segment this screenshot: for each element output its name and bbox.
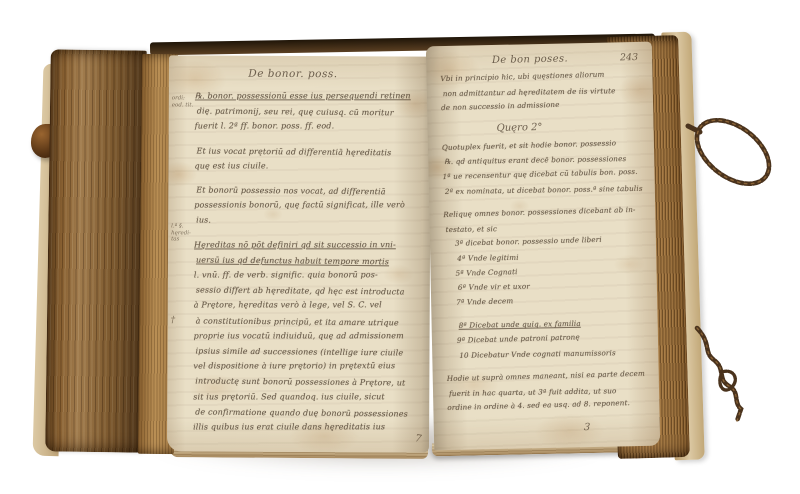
margin-cross: † xyxy=(171,317,195,324)
manuscript-line: à Prętore, hęreditas verò à lege, vel S.… xyxy=(194,298,416,313)
manuscript-line: quę est ius ciuile. xyxy=(194,158,416,173)
right-page-header: De bon poses. xyxy=(440,52,620,67)
manuscript-line: illis quibus ius erat ciuile dans hęredi… xyxy=(193,419,415,434)
catchword: 3 xyxy=(583,422,590,433)
margin-note: ordi: eod. tit. xyxy=(172,95,196,108)
right-page-intro: Vbi in principio hic, ubi quęstiones ali… xyxy=(440,68,643,116)
left-page-header: De bonor. poss. xyxy=(195,67,391,80)
manuscript-line: 2ª ex nominata, ut dicebat bonor. poss.ª… xyxy=(445,181,645,199)
manuscript-line: l. vnū. ff. de verb. signific. quia bono… xyxy=(194,267,416,282)
cord-loop-icon xyxy=(685,107,781,196)
right-page-head-row: De bon poses. 243 xyxy=(440,52,638,67)
manuscript-line: ius. xyxy=(196,213,416,230)
right-page-text: Quotuplex fuerit, et sit hodie bonor. po… xyxy=(442,137,650,416)
left-page: De bonor. poss. ordi: eod. tit. l.ª §. h… xyxy=(167,55,431,452)
quaestio-subheader: Quęro 2° xyxy=(441,121,597,135)
manuscript-line: vel dispositione à iure prętorio) in prę… xyxy=(193,359,415,374)
manuscript-line: sit ius prętoriū. Sed quandoq. ius ciuil… xyxy=(193,389,415,404)
margin-note: l.ª §. hęredi- tas xyxy=(171,223,195,243)
catchword: 7 xyxy=(414,433,422,445)
photograph: De bonor. poss. ordi: eod. tit. l.ª §. h… xyxy=(0,0,800,494)
manuscript-line: proprie ius vocatū indiuiduū, quę ad adm… xyxy=(194,328,416,343)
manuscript-line: ℞. bonor. possessionū esse ius persequen… xyxy=(195,88,417,103)
left-cover-board xyxy=(45,49,147,452)
manuscript-line: possessionis bonorū, quę factū significa… xyxy=(194,197,416,212)
manuscript-line: 10 Dicebatur Vnde cognati manumissoris xyxy=(448,345,648,363)
left-page-text: ℞. bonor. possessionū esse ius persequen… xyxy=(193,88,417,435)
manuscript-line: fuerit l. 2ª ff. bonor. poss. ff. eod. xyxy=(195,119,417,134)
manuscript-line: Hęreditas nō pōt definiri qd sit success… xyxy=(194,237,416,252)
page-number: 243 xyxy=(620,52,638,63)
right-page: De bon poses. 243 Vbi in principio hic, … xyxy=(426,42,660,451)
